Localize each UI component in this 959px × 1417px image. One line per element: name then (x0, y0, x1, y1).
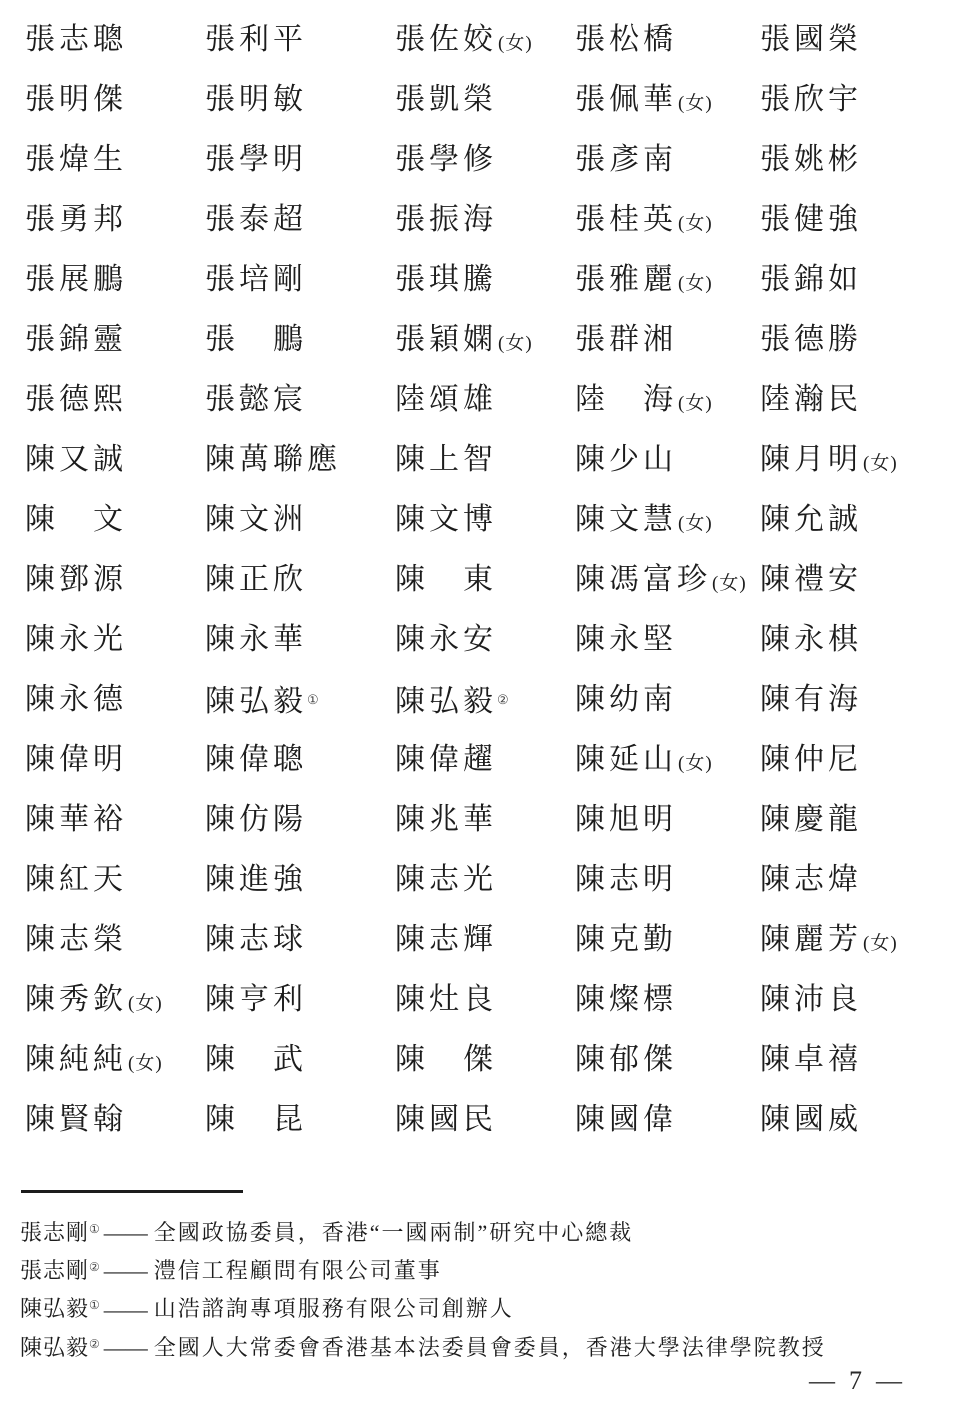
person-name-text: 陳鄧源 (25, 563, 127, 596)
footnote-text: 澧信工程顧問有限公司董事 (154, 1258, 442, 1283)
person-name-text: 張錦靈 (25, 323, 127, 356)
person-name: 陳國偉 (575, 1104, 760, 1164)
superscript-marker: ② (497, 692, 509, 707)
person-name-text: 陳秀欽 (25, 983, 127, 1016)
person-name-text: 陳灶良 (395, 983, 497, 1016)
female-marker: (女) (678, 273, 713, 294)
footnote-person-name: 陳弘毅 (20, 1297, 89, 1322)
person-name: 張欣宇 (760, 84, 937, 144)
footnote-person-name: 陳弘毅 (20, 1335, 89, 1360)
person-name-text: 張群湘 (575, 323, 677, 356)
person-name-text: 陳偉明 (25, 743, 127, 776)
person-name-text: 陳允誠 (760, 503, 862, 536)
person-name: 陳馮富珍(女) (575, 564, 760, 624)
person-name-text: 陳偉趯 (395, 743, 497, 776)
person-name: 陳國民 (395, 1104, 575, 1164)
person-name: 陳亨利 (205, 984, 395, 1044)
person-name: 張佐姣(女) (395, 24, 575, 84)
person-name-text: 陳國民 (395, 1103, 497, 1136)
name-roster-grid: 張志聰張利平張佐姣(女)張松橋張國榮張明傑張明敏張凱榮張佩華(女)張欣宇張煒生張… (25, 24, 937, 1164)
person-name: 陳偉明 (25, 744, 205, 804)
footnote-item: 張志剛②——澧信工程顧問有限公司董事 (20, 1250, 950, 1288)
page-number-value: 7 (849, 1366, 862, 1396)
person-name-text: 陳純純 (25, 1043, 127, 1076)
person-name-text: 張明傑 (25, 83, 127, 116)
person-name: 陳賢翰 (25, 1104, 205, 1164)
person-name-text: 張琪騰 (395, 263, 497, 296)
person-name-text: 陳志輝 (395, 923, 497, 956)
person-name-text: 陳萬聯應 (205, 443, 341, 476)
person-name: 陸瀚民 (760, 384, 937, 444)
person-name: 陳志榮 (25, 924, 205, 984)
person-name: 陳沛良 (760, 984, 937, 1044)
person-name-text: 陳弘毅 (395, 685, 497, 718)
person-name: 陳 文 (25, 504, 205, 564)
person-name-text: 陳正欣 (205, 563, 307, 596)
person-name: 張德勝 (760, 324, 937, 384)
person-name: 陳延山(女) (575, 744, 760, 804)
person-name: 陳少山 (575, 444, 760, 504)
person-name: 張錦靈 (25, 324, 205, 384)
footnote-list: 張志剛①——全國政協委員，香港“一國兩制”研究中心總裁張志剛②——澧信工程顧問有… (20, 1212, 950, 1365)
person-name: 陳永安 (395, 624, 575, 684)
person-name-text: 張桂英 (575, 203, 677, 236)
person-name: 張 鵬 (205, 324, 395, 384)
person-name: 張松橋 (575, 24, 760, 84)
person-name-text: 陸 海 (575, 383, 677, 416)
person-name: 陳幼南 (575, 684, 760, 744)
person-name-text: 陳 文 (25, 503, 127, 536)
person-name-text: 張利平 (205, 23, 307, 56)
footnote-person-name: 張志剛 (20, 1258, 89, 1283)
person-name: 陳秀欽(女) (25, 984, 205, 1044)
superscript-marker: ② (89, 1260, 100, 1274)
person-name: 陳萬聯應 (205, 444, 395, 504)
female-marker: (女) (678, 393, 713, 414)
superscript-marker: ② (89, 1337, 100, 1351)
person-name: 陳 傑 (395, 1044, 575, 1104)
person-name-text: 陳郁傑 (575, 1043, 677, 1076)
person-name: 陳 武 (205, 1044, 395, 1104)
person-name: 張穎嫻(女) (395, 324, 575, 384)
person-name: 張群湘 (575, 324, 760, 384)
person-name: 張培剛 (205, 264, 395, 324)
female-marker: (女) (863, 933, 898, 954)
footnote-text: 全國人大常委會香港基本法委員會委員，香港大學法律學院教授 (154, 1335, 826, 1360)
person-name: 陳 昆 (205, 1104, 395, 1164)
person-name: 陳志煒 (760, 864, 937, 924)
person-name-text: 張 鵬 (205, 323, 307, 356)
person-name-text: 陳 武 (205, 1043, 307, 1076)
person-name-text: 陳卓禧 (760, 1043, 862, 1076)
page-number-left-dash: — (809, 1366, 835, 1396)
person-name-text: 陳亨利 (205, 983, 307, 1016)
person-name-text: 陳 昆 (205, 1103, 307, 1136)
person-name-text: 張凱榮 (395, 83, 497, 116)
person-name-text: 張姚彬 (760, 143, 862, 176)
person-name: 張利平 (205, 24, 395, 84)
person-name-text: 陳幼南 (575, 683, 677, 716)
person-name-text: 張國榮 (760, 23, 862, 56)
footnote-item: 張志剛①——全國政協委員，香港“一國兩制”研究中心總裁 (20, 1212, 950, 1250)
person-name-text: 陳旭明 (575, 803, 677, 836)
person-name: 張健強 (760, 204, 937, 264)
page-number-right-dash: — (876, 1366, 902, 1396)
person-name-text: 陳仲尼 (760, 743, 862, 776)
person-name-text: 陳志光 (395, 863, 497, 896)
person-name: 陳華裕 (25, 804, 205, 864)
footnote-dash: —— (104, 1258, 148, 1283)
person-name-text: 陳志明 (575, 863, 677, 896)
person-name: 張學修 (395, 144, 575, 204)
person-name-text: 陳賢翰 (25, 1103, 127, 1136)
person-name-text: 陳又誠 (25, 443, 127, 476)
person-name-text: 陳永安 (395, 623, 497, 656)
person-name: 陳麗芳(女) (760, 924, 937, 984)
person-name: 陳文慧(女) (575, 504, 760, 564)
person-name-text: 張佩華 (575, 83, 677, 116)
person-name-text: 陳永華 (205, 623, 307, 656)
person-name: 陳永光 (25, 624, 205, 684)
person-name: 陳志球 (205, 924, 395, 984)
person-name-text: 張志聰 (25, 23, 127, 56)
footnote-person-name: 張志剛 (20, 1220, 89, 1245)
person-name: 張雅麗(女) (575, 264, 760, 324)
person-name-text: 陳上智 (395, 443, 497, 476)
person-name: 陳月明(女) (760, 444, 937, 504)
person-name: 陳志明 (575, 864, 760, 924)
footnote-dash: —— (104, 1335, 148, 1360)
person-name: 陳燦標 (575, 984, 760, 1044)
person-name-text: 陳文洲 (205, 503, 307, 536)
female-marker: (女) (678, 93, 713, 114)
person-name-text: 陳永光 (25, 623, 127, 656)
person-name: 陳永德 (25, 684, 205, 744)
person-name: 陳永堅 (575, 624, 760, 684)
person-name-text: 張雅麗 (575, 263, 677, 296)
person-name: 陳永華 (205, 624, 395, 684)
person-name: 陳禮安 (760, 564, 937, 624)
person-name-text: 陳兆華 (395, 803, 497, 836)
person-name: 陳仿陽 (205, 804, 395, 864)
person-name: 陳偉趯 (395, 744, 575, 804)
person-name-text: 陳慶龍 (760, 803, 862, 836)
female-marker: (女) (498, 33, 533, 54)
person-name-text: 陳志榮 (25, 923, 127, 956)
person-name-text: 張佐姣 (395, 23, 497, 56)
person-name: 陸 海(女) (575, 384, 760, 444)
person-name-text: 陳克勤 (575, 923, 677, 956)
person-name: 陳仲尼 (760, 744, 937, 804)
person-name-text: 陳國偉 (575, 1103, 677, 1136)
person-name-text: 張學修 (395, 143, 497, 176)
person-name: 陳又誠 (25, 444, 205, 504)
person-name: 陸頌雄 (395, 384, 575, 444)
person-name: 張彥南 (575, 144, 760, 204)
person-name: 陳純純(女) (25, 1044, 205, 1104)
person-name: 陳旭明 (575, 804, 760, 864)
person-name-text: 張明敏 (205, 83, 307, 116)
person-name: 張桂英(女) (575, 204, 760, 264)
footnote-item: 陳弘毅①——山浩諮詢專項服務有限公司創辦人 (20, 1288, 950, 1326)
person-name-text: 張松橋 (575, 23, 677, 56)
person-name-text: 張穎嫻 (395, 323, 497, 356)
person-name: 張勇邦 (25, 204, 205, 264)
person-name-text: 陳永棋 (760, 623, 862, 656)
footnote-text: 全國政協委員，香港“一國兩制”研究中心總裁 (154, 1220, 634, 1245)
person-name: 陳克勤 (575, 924, 760, 984)
person-name-text: 陳麗芳 (760, 923, 862, 956)
person-name-text: 陳有海 (760, 683, 862, 716)
person-name-text: 陳志球 (205, 923, 307, 956)
footnote-dash: —— (104, 1220, 148, 1245)
person-name-text: 張懿宸 (205, 383, 307, 416)
person-name: 陳正欣 (205, 564, 395, 624)
female-marker: (女) (678, 753, 713, 774)
person-name: 陳允誠 (760, 504, 937, 564)
person-name-text: 陳永堅 (575, 623, 677, 656)
female-marker: (女) (498, 333, 533, 354)
person-name: 陳上智 (395, 444, 575, 504)
person-name: 張懿宸 (205, 384, 395, 444)
person-name-text: 陸瀚民 (760, 383, 862, 416)
person-name: 張志聰 (25, 24, 205, 84)
person-name-text: 陳文慧 (575, 503, 677, 536)
person-name: 陳文博 (395, 504, 575, 564)
person-name: 陳進強 (205, 864, 395, 924)
person-name: 張明傑 (25, 84, 205, 144)
person-name-text: 張學明 (205, 143, 307, 176)
page-number: — 7 — (802, 1366, 909, 1396)
person-name-text: 陳進強 (205, 863, 307, 896)
person-name-text: 張培剛 (205, 263, 307, 296)
person-name-text: 陳沛良 (760, 983, 862, 1016)
person-name: 陳志輝 (395, 924, 575, 984)
person-name-text: 陳永德 (25, 683, 127, 716)
person-name-text: 陳馮富珍 (575, 563, 711, 596)
female-marker: (女) (678, 513, 713, 534)
person-name-text: 陳延山 (575, 743, 677, 776)
person-name: 張姚彬 (760, 144, 937, 204)
person-name-text: 張煒生 (25, 143, 127, 176)
footnote-item: 陳弘毅②——全國人大常委會香港基本法委員會委員，香港大學法律學院教授 (20, 1327, 950, 1365)
person-name: 陳慶龍 (760, 804, 937, 864)
person-name-text: 陳華裕 (25, 803, 127, 836)
person-name: 陳偉聰 (205, 744, 395, 804)
person-name-text: 陳禮安 (760, 563, 862, 596)
footnote-text: 山浩諮詢專項服務有限公司創辦人 (154, 1297, 514, 1322)
person-name-text: 陳國威 (760, 1103, 862, 1136)
footnote-divider (21, 1190, 243, 1193)
person-name-text: 陳少山 (575, 443, 677, 476)
footnote-dash: —— (104, 1297, 148, 1322)
person-name-text: 陳燦標 (575, 983, 677, 1016)
person-name: 張展鵬 (25, 264, 205, 324)
person-name: 陳國威 (760, 1104, 937, 1164)
superscript-marker: ① (307, 692, 319, 707)
female-marker: (女) (863, 453, 898, 474)
person-name-text: 陳弘毅 (205, 685, 307, 718)
person-name-text: 陳 東 (395, 563, 497, 596)
person-name-text: 陳紅天 (25, 863, 127, 896)
person-name: 陳文洲 (205, 504, 395, 564)
female-marker: (女) (128, 993, 163, 1014)
person-name: 陳有海 (760, 684, 937, 744)
person-name: 陳弘毅② (395, 684, 575, 744)
person-name-text: 張欣宇 (760, 83, 862, 116)
person-name: 張佩華(女) (575, 84, 760, 144)
person-name: 陳卓禧 (760, 1044, 937, 1104)
person-name: 張明敏 (205, 84, 395, 144)
female-marker: (女) (128, 1053, 163, 1074)
person-name: 張泰超 (205, 204, 395, 264)
person-name: 陳弘毅① (205, 684, 395, 744)
person-name-text: 陳文博 (395, 503, 497, 536)
person-name-text: 張泰超 (205, 203, 307, 236)
person-name-text: 陳偉聰 (205, 743, 307, 776)
person-name: 張凱榮 (395, 84, 575, 144)
person-name-text: 陳月明 (760, 443, 862, 476)
person-name-text: 張健強 (760, 203, 862, 236)
person-name: 張琪騰 (395, 264, 575, 324)
female-marker: (女) (678, 213, 713, 234)
person-name: 張振海 (395, 204, 575, 264)
superscript-marker: ① (89, 1222, 100, 1236)
person-name: 張煒生 (25, 144, 205, 204)
person-name-text: 張彥南 (575, 143, 677, 176)
person-name-text: 陳仿陽 (205, 803, 307, 836)
person-name: 張國榮 (760, 24, 937, 84)
person-name: 陳志光 (395, 864, 575, 924)
female-marker: (女) (712, 573, 747, 594)
person-name-text: 張錦如 (760, 263, 862, 296)
person-name: 陳永棋 (760, 624, 937, 684)
person-name-text: 張振海 (395, 203, 497, 236)
person-name: 張錦如 (760, 264, 937, 324)
person-name: 張學明 (205, 144, 395, 204)
person-name-text: 張德熙 (25, 383, 127, 416)
superscript-marker: ① (89, 1298, 100, 1312)
person-name: 陳灶良 (395, 984, 575, 1044)
person-name-text: 陳 傑 (395, 1043, 497, 1076)
person-name-text: 張勇邦 (25, 203, 127, 236)
person-name: 陳郁傑 (575, 1044, 760, 1104)
person-name-text: 張展鵬 (25, 263, 127, 296)
person-name: 陳紅天 (25, 864, 205, 924)
person-name-text: 張德勝 (760, 323, 862, 356)
person-name: 陳兆華 (395, 804, 575, 864)
person-name-text: 陸頌雄 (395, 383, 497, 416)
person-name: 陳鄧源 (25, 564, 205, 624)
person-name: 陳 東 (395, 564, 575, 624)
person-name: 張德熙 (25, 384, 205, 444)
person-name-text: 陳志煒 (760, 863, 862, 896)
